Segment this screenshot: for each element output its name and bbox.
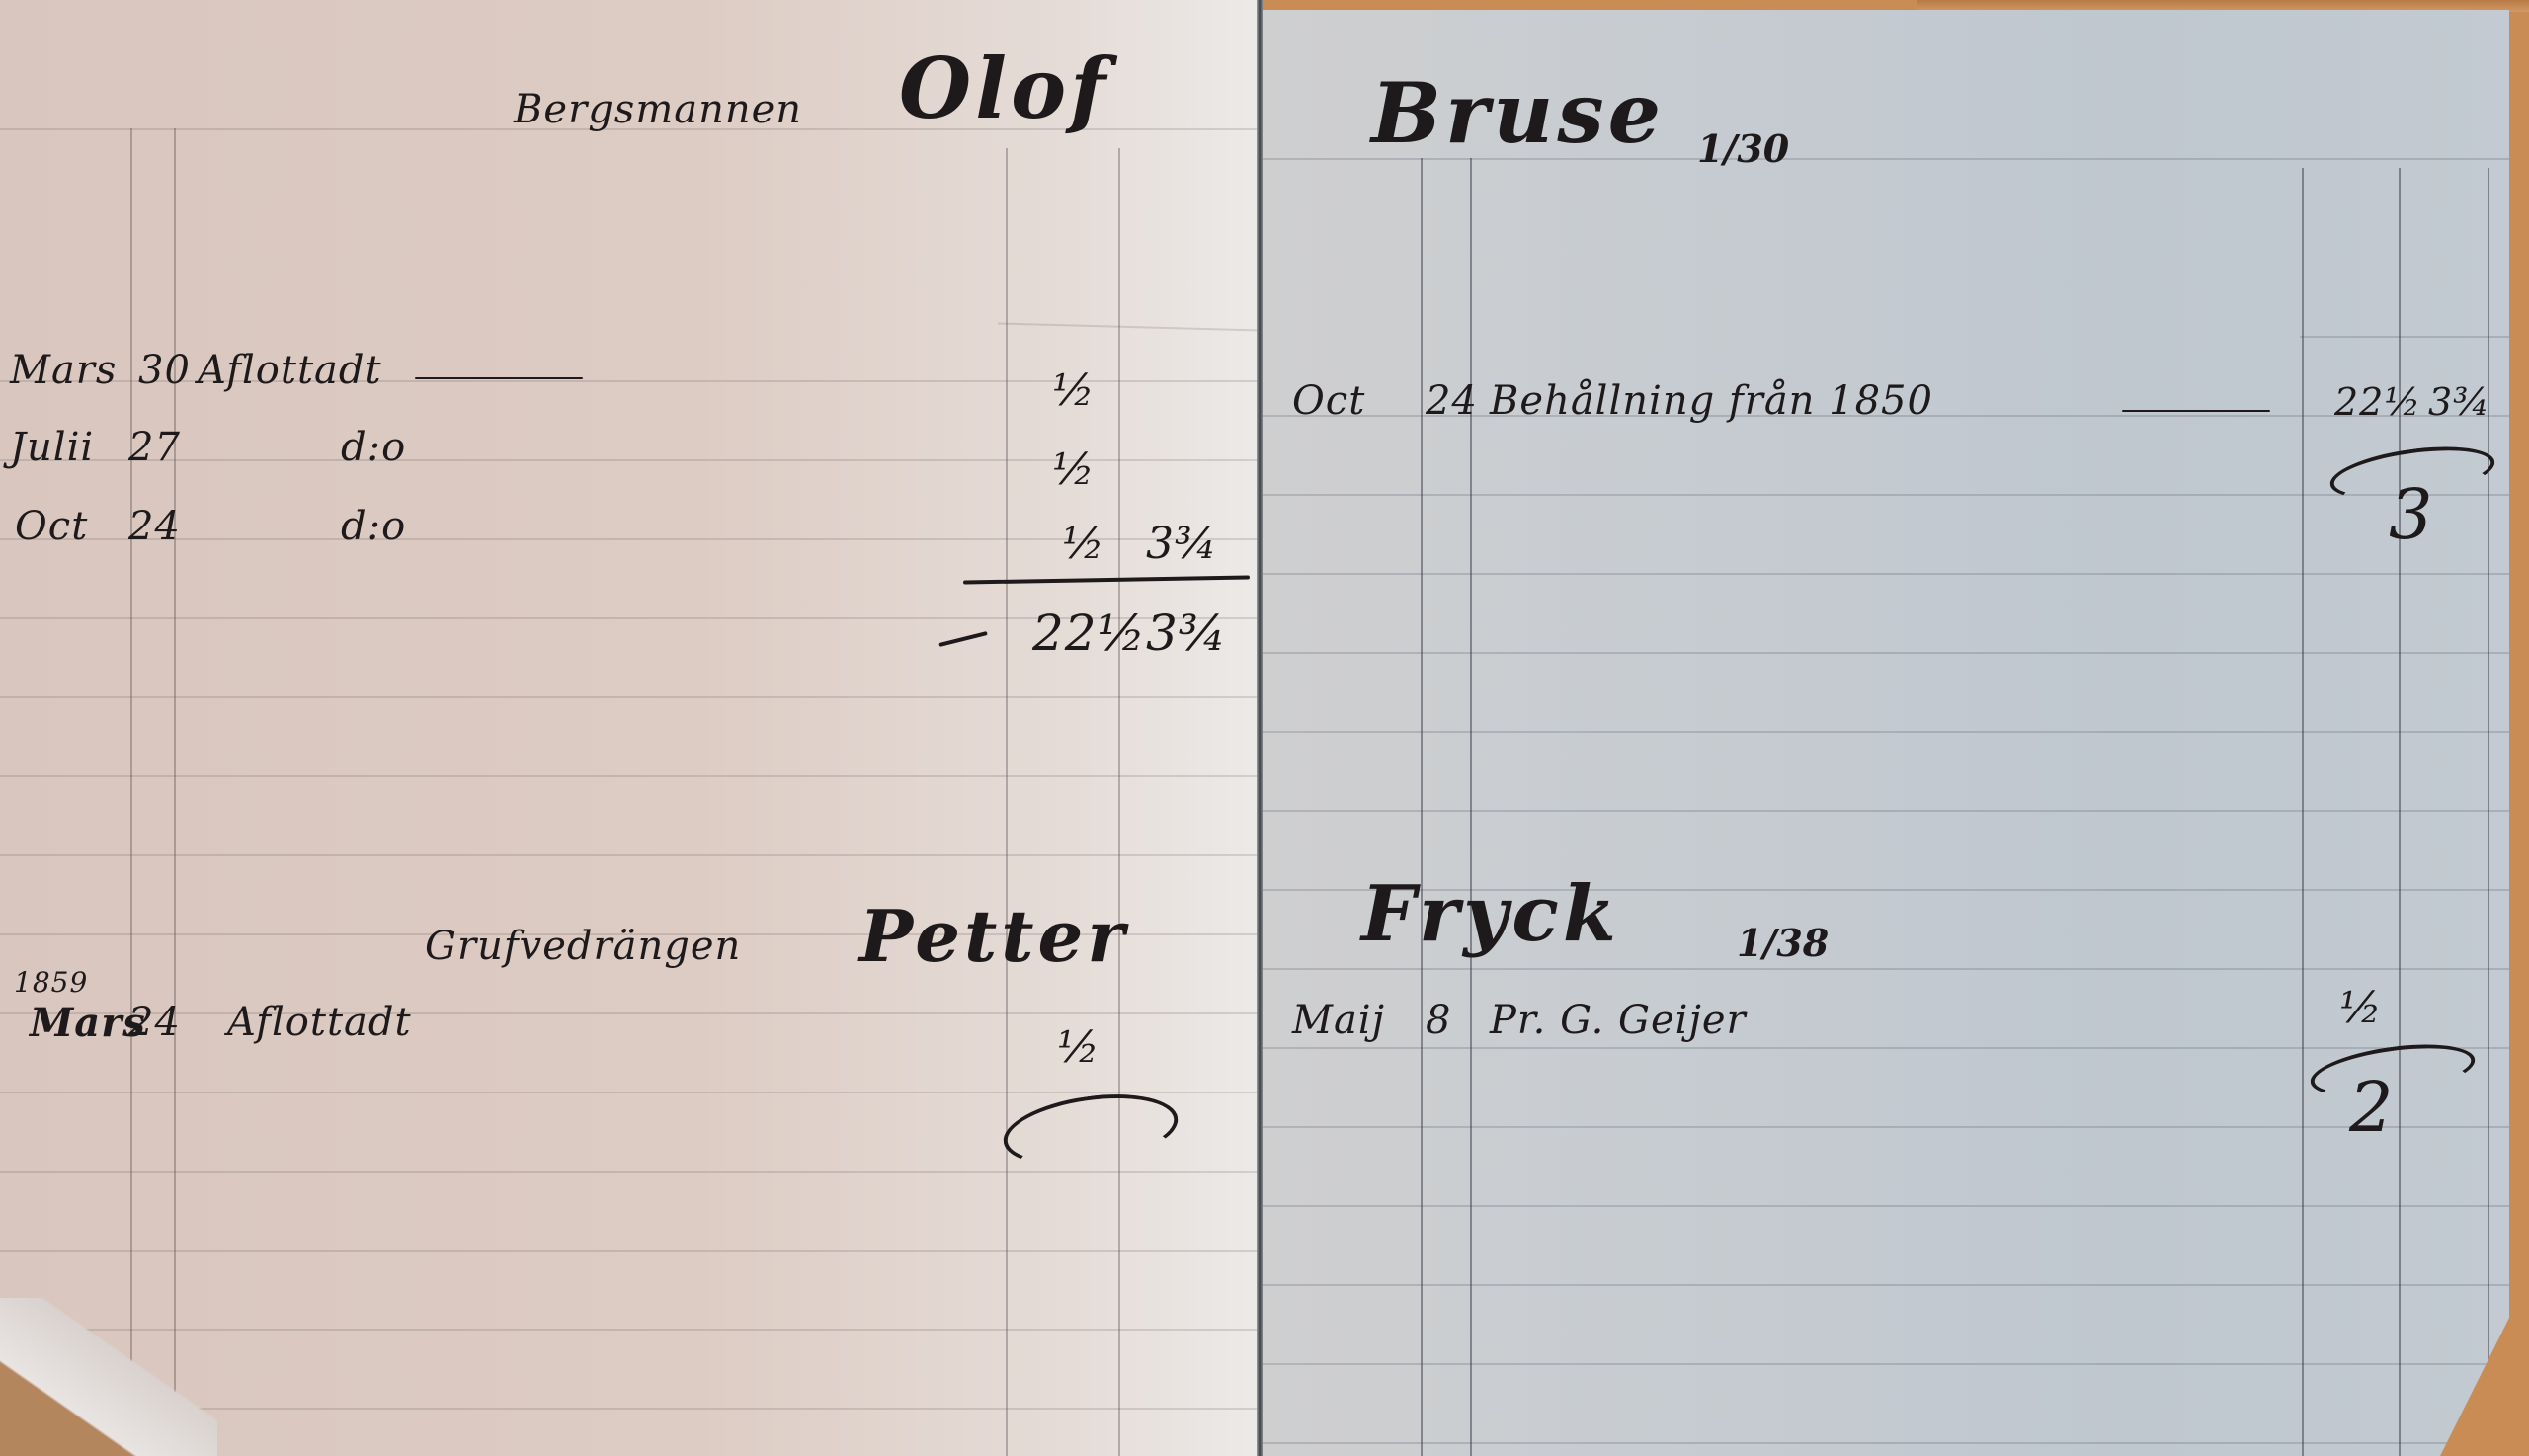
ruled-line [1263, 1047, 2509, 1049]
ruled-line [1263, 652, 2509, 654]
entry-day: 30 [138, 348, 191, 393]
account-name: Petter [859, 894, 1128, 978]
ruled-line [0, 1250, 1261, 1252]
entry-amount: ½ [1057, 1022, 1101, 1073]
entry-month: Maij [1292, 998, 1385, 1043]
ruled-line [1263, 494, 2509, 496]
entry-amount: 22½ [2334, 380, 2421, 424]
ruled-line [0, 1171, 1261, 1173]
entry-month: Oct [1292, 378, 1365, 424]
entry-amount: ½ [1062, 519, 1105, 569]
balance-mark: 2 [2349, 1067, 2395, 1148]
ruled-line [0, 854, 1261, 856]
ruled-line [0, 1012, 1261, 1014]
entry-amount-secondary: 3¾ [1146, 519, 1218, 569]
entry-month: Oct [15, 504, 88, 549]
entry-description: Behållning från 1850 [1490, 378, 1933, 424]
entry-description: d:o [341, 425, 406, 470]
entry-amount: ½ [1052, 365, 1096, 416]
total-amount-secondary: 3¾ [1146, 605, 1227, 662]
amount-column-rule [2399, 168, 2401, 1456]
column-header-rule [998, 323, 1261, 332]
margin-rule [1421, 158, 1423, 1456]
ruled-line [1263, 1363, 2509, 1365]
dash-mark [415, 377, 583, 379]
entry-year: 1859 [14, 966, 88, 999]
column-header-rule [2300, 336, 2509, 338]
amount-column-rule [2302, 168, 2304, 1456]
ruled-line [1263, 573, 2509, 575]
left-page: Bergsmannen Olof Mars 30 Aflottadt ½ Jul… [0, 0, 1261, 1456]
ruled-line [0, 1092, 1261, 1093]
margin-rule [174, 128, 176, 1456]
account-surname: Bruse [1371, 64, 1665, 162]
entry-day: 24 [1426, 378, 1478, 424]
entry-amount-secondary: 3¾ [2428, 380, 2490, 424]
ledger-spread: Bergsmannen Olof Mars 30 Aflottadt ½ Jul… [0, 0, 2529, 1456]
account-title-prefix: Bergsmannen [514, 87, 802, 132]
entry-day: 8 [1426, 998, 1451, 1043]
closing-flourish [999, 1085, 1183, 1175]
account-title-prefix: Grufvedrängen [425, 924, 741, 969]
ruled-line [1263, 810, 2509, 812]
total-amount: 22½ [1032, 605, 1146, 662]
ruled-line [1263, 1205, 2509, 1207]
entry-day: 24 [128, 1000, 181, 1045]
entry-description: Aflottadt [227, 1000, 412, 1045]
entry-description: Pr. G. Geijer [1490, 998, 1747, 1043]
folio-reference: 1/38 [1737, 921, 1829, 965]
entry-description: d:o [341, 504, 406, 549]
margin-rule [130, 128, 132, 1456]
entry-month: Mars [10, 348, 117, 393]
account-surname: Fryck [1361, 869, 1620, 959]
balance-mark: 3 [2389, 474, 2434, 555]
entry-day: 27 [128, 425, 181, 470]
right-page: Bruse 1/30 Oct 24 Behållning från 1850 2… [1263, 10, 2509, 1456]
ruled-line [1263, 968, 2509, 970]
amount-column-rule [2488, 168, 2489, 1456]
ruled-line [0, 775, 1261, 777]
amount-column-rule [1006, 148, 1008, 1456]
entry-month: Julii [10, 425, 94, 470]
folio-reference: 1/30 [1697, 126, 1789, 171]
entry-amount: ½ [1052, 445, 1096, 495]
entry-description: Aflottadt [198, 348, 382, 393]
entry-day: 24 [128, 504, 181, 549]
total-marker [938, 631, 987, 647]
ruled-line [1263, 1442, 2509, 1444]
entry-amount: ½ [2339, 983, 2383, 1033]
ruled-line [1263, 1284, 2509, 1286]
margin-rule [1470, 158, 1472, 1456]
ruled-line [0, 696, 1261, 698]
dash-mark [2122, 410, 2270, 412]
page-corner-curl [0, 1298, 217, 1456]
ruled-line [1263, 731, 2509, 733]
amount-column-rule [1118, 148, 1120, 1456]
account-name: Olof [899, 40, 1109, 137]
ruled-line [1263, 1126, 2509, 1128]
